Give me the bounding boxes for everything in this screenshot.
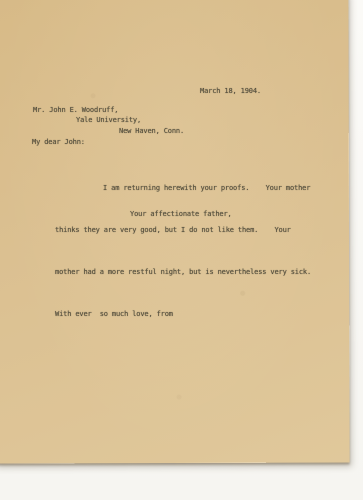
salutation: My dear John: [32, 138, 85, 146]
body-line: With ever so much love, from [55, 307, 311, 321]
body-line: mother had a more restful night, but is … [55, 265, 311, 279]
scanned-letter-page: March 18, 1904. Mr. John E. Woodruff, Ya… [0, 0, 363, 500]
recipient-city: New Haven, Conn. [119, 127, 184, 135]
letter-date: March 18, 1904. [200, 87, 261, 95]
letter-closing: Your affectionate father, [130, 210, 232, 218]
body-line: I am returning herewith your proofs. You… [55, 181, 311, 195]
recipient-institution: Yale University, [76, 116, 141, 124]
recipient-name: Mr. John E. Woodruff, [33, 106, 118, 114]
typed-text-layer: March 18, 1904. Mr. John E. Woodruff, Ya… [0, 0, 363, 500]
letter-body: I am returning herewith your proofs. You… [55, 153, 311, 349]
body-line: thinks they are very good, but I do not … [55, 223, 311, 237]
